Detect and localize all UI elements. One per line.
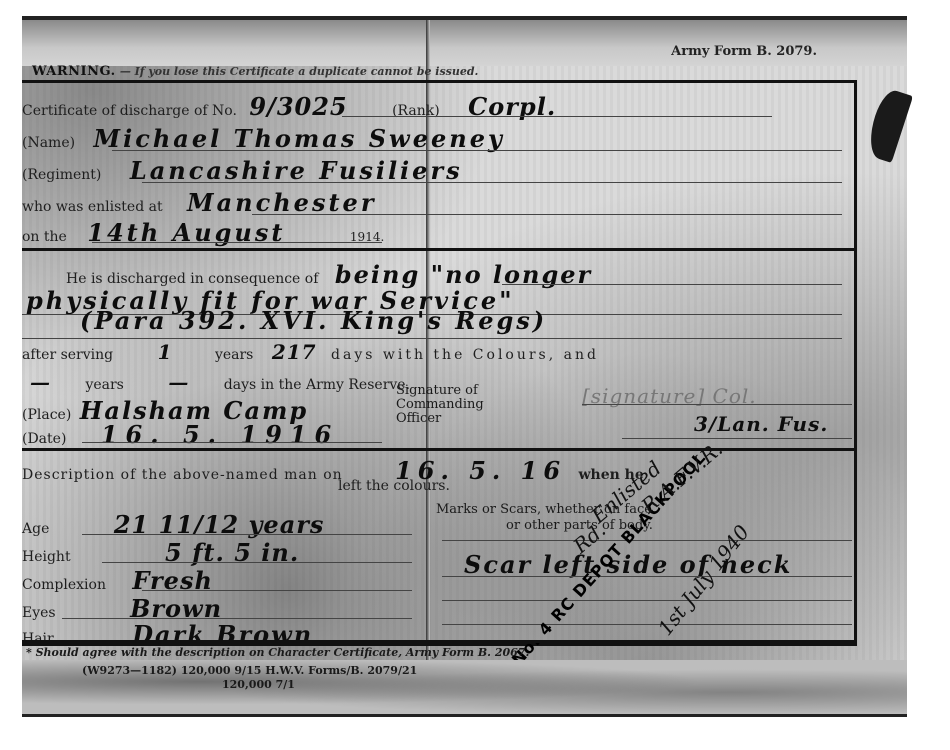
signature-label-1: Signature of [396,384,484,398]
discharge-certificate: Army Form B. 2079. WARNING. — If you los… [22,16,907,717]
discharge-reason-line-3: (Para 392. XVI. King's Regs) [80,306,547,335]
description-heading: Description of the above-named man on [22,467,343,483]
warning-line: WARNING. — If you lose this Certificate … [32,64,478,79]
certificate-number-label: Certificate of discharge of No. [22,103,237,119]
after-serving-label: after serving [22,347,113,363]
footer-print-line-1: (W9273—1182) 120,000 9/15 H.W.V. Forms/B… [82,664,417,677]
years-in-reserve: — [30,370,51,394]
height-label: Height [22,549,71,565]
footer-note-text: * Should agree with the description on C… [26,646,529,659]
years-label: years [85,377,123,393]
section-divider [22,248,854,251]
warning-label: WARNING. [32,64,116,79]
rule [502,284,842,285]
marks-value: Scar left side of neck [464,550,792,579]
signature-label-3: Officer [396,412,484,426]
enlisted-value: Manchester [187,188,376,217]
paper-tear-mark [863,87,913,163]
form-number: Army Form B. 2079. [671,44,817,59]
rule [582,404,852,405]
name-row: (Name) Michael Thomas Sweeney [22,124,505,153]
signature-label-2: Commanding [396,398,484,412]
rule [112,150,842,151]
warning-text: — If you lose this Certificate a duplica… [120,65,479,78]
description-heading-row: Description of the above-named man on 16… [22,456,644,485]
signature-label-block: Signature of Commanding Officer [396,384,484,426]
footer-print-line-2: 120,000 7/1 [222,678,295,691]
section-divider [22,640,857,643]
enlisted-row: who was enlisted at Manchester [22,188,376,217]
rule [102,562,412,563]
years-label: years [215,347,253,363]
complexion-label: Complexion [22,577,106,593]
rule [82,442,382,443]
discharge-date-row: (Date) 16. 5. 1916 [22,420,339,449]
eyes-label: Eyes [22,605,56,621]
days-with-colours: 217 [272,340,317,364]
rule [442,540,852,541]
unit-row: 3/Lan. Fus. [694,412,828,436]
discharge-date-value: 16. 5. 1916 [101,420,339,449]
footer-note: * Should agree with the description on C… [26,646,529,659]
rule [82,534,412,535]
marks-value-row: Scar left side of neck [464,550,792,579]
enlisted-label: who was enlisted at [22,199,163,215]
unit-value: 3/Lan. Fus. [694,412,828,436]
section-divider [22,448,854,451]
colours-text: days with the Colours, and [331,347,599,363]
certificate-number-value: 9/3025 [249,92,347,121]
hair-value: Dark Brown [132,620,313,649]
rule [252,214,842,215]
rule [22,338,842,339]
rule [442,576,852,577]
days-in-reserve: — [168,370,189,394]
rule [622,438,852,439]
discharge-reason-line-3-row: (Para 392. XVI. King's Regs) [80,306,547,335]
rule [442,600,852,601]
hair-label: Hair [22,631,54,647]
rule [342,116,772,117]
paper-top-edge [22,20,907,66]
left-colours-text: left the colours. [338,478,450,494]
rule [92,242,382,243]
enlistment-date-label: on the [22,229,67,245]
age-label: Age [22,521,49,537]
hair-row: Hair Dark Brown [22,620,313,649]
service-reserve-row: — years — days in the Army Reserve. [22,370,410,394]
discharge-date-label: (Date) [22,431,66,447]
rule [442,624,852,625]
reserve-text: days in the Army Reserve. [224,377,410,393]
years-with-colours: 1 [158,340,173,364]
rule [142,182,842,183]
regiment-row: (Regiment) Lancashire Fusiliers [22,156,463,185]
regiment-label: (Regiment) [22,167,101,183]
service-colours-row: after serving 1 years 217 days with the … [22,340,599,364]
name-value: Michael Thomas Sweeney [94,124,505,153]
name-label: (Name) [22,135,75,151]
regiment-value: Lancashire Fusiliers [130,156,463,185]
rule [142,590,412,591]
left-colours-row: left the colours. [338,478,450,494]
rule [62,618,412,619]
discharge-reason-label: He is discharged in consequence of [66,271,318,287]
